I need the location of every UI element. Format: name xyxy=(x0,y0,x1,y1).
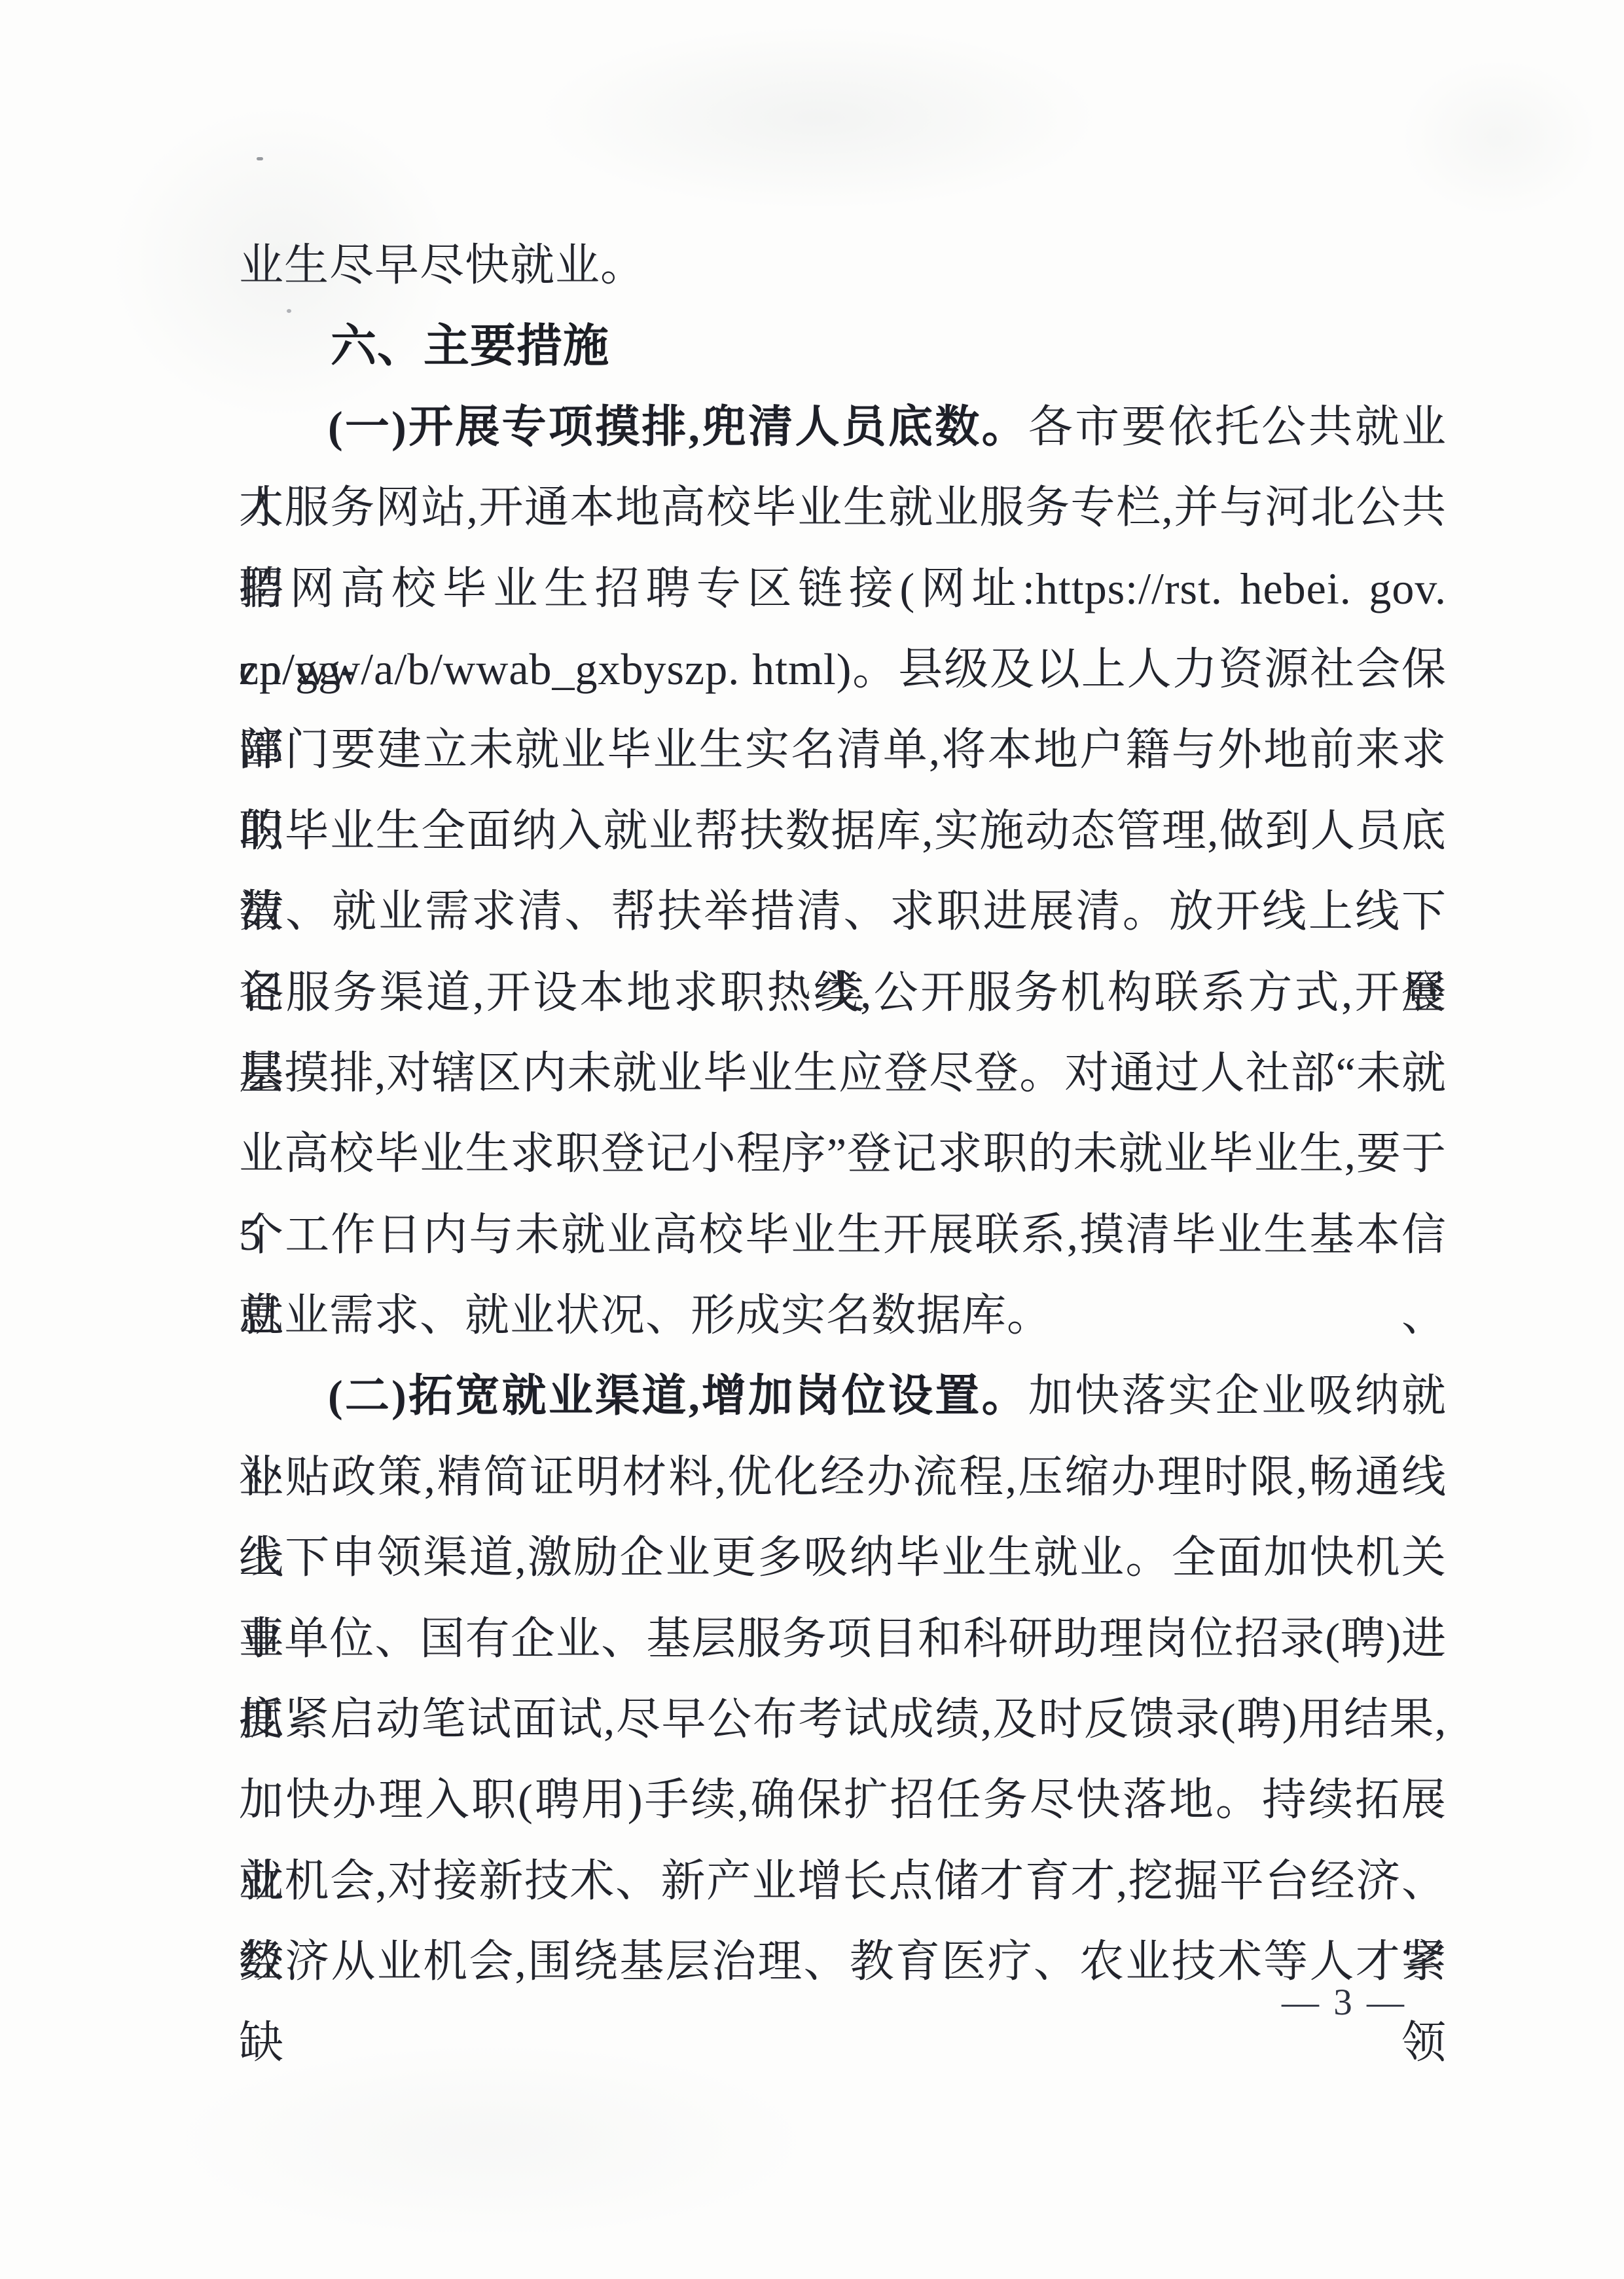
body-text: 层摸排,对辖区内未就业毕业生应登尽登。对通过人社部“未就 xyxy=(239,1048,1447,1098)
text-line: zp/ww/a/b/wwab_gxbyszp. html)。县级及以上人力资源社… xyxy=(239,629,1447,710)
text-line: 层摸排,对辖区内未就业毕业生应登尽登。对通过人社部“未就 xyxy=(239,1033,1447,1114)
text-line: 线下申领渠道,激励企业更多吸纳毕业生就业。全面加快机关事 xyxy=(239,1518,1447,1598)
page-number: — 3 — xyxy=(1282,1981,1407,2024)
text-line: 部门要建立未就业毕业生实名清单,将本地户籍与外地前来求职 xyxy=(239,710,1447,790)
text-line: 才服务网站,开通本地高校毕业生就业服务专栏,并与河北公共招 xyxy=(239,467,1447,548)
text-line: 业机会,对接新技术、新产业增长点储才育才,挖掘平台经济、数字 xyxy=(239,1841,1447,1922)
scanned-document-page: 业生尽早尽快就业。六、主要措施(一)开展专项摸排,兜清人员底数。各市要依托公共就… xyxy=(0,0,1624,2279)
text-line: 业高校毕业生求职登记小程序”登记求职的未就业毕业生,要于 5 xyxy=(239,1114,1447,1194)
text-line: 的毕业生全面纳入就业帮扶数据库,实施动态管理,做到人员底数 xyxy=(239,791,1447,871)
paragraph-lead-text: 六、主要措施 xyxy=(331,320,609,371)
text-line: 加快办理入职(聘用)手续,确保扩招任务尽快落地。持续拓展就 xyxy=(239,1760,1447,1840)
scan-speck xyxy=(257,157,263,160)
scan-smudge xyxy=(537,26,1100,210)
paragraph-lead-text: (一)开展专项摸排,兜清人员底数。 xyxy=(328,402,1028,452)
text-line: 清、就业需求清、帮扶举措清、求职进展清。放开线上线下各类登 xyxy=(239,871,1447,952)
body-text: 就业需求、就业状况、形成实名数据库。 xyxy=(239,1290,1052,1340)
text-line: 记服务渠道,开设本地求职热线,公开服务机构联系方式,开展基 xyxy=(239,953,1447,1033)
text-line: 业单位、国有企业、基层服务项目和科研助理岗位招录(聘)进度, xyxy=(239,1599,1447,1679)
text-line: 聘网高校毕业生招聘专区链接(网址:https://rst. hebei. gov… xyxy=(239,549,1447,629)
text-line: 补贴政策,精简证明材料,优化经办流程,压缩办理时限,畅通线上 xyxy=(239,1437,1447,1518)
body-text: 业生尽早尽快就业。 xyxy=(239,240,645,290)
scan-smudge xyxy=(1401,59,1597,216)
document-text-block: 业生尽早尽快就业。六、主要措施(一)开展专项摸排,兜清人员底数。各市要依托公共就… xyxy=(239,225,1447,2003)
body-text: 抓紧启动笔试面试,尽早公布考试成绩,及时反馈录(聘)用结果, xyxy=(239,1694,1447,1744)
section-heading: 六、主要措施 xyxy=(239,306,1447,386)
paragraph-lead-text: (二)拓宽就业渠道,增加岗位设置。 xyxy=(328,1371,1028,1421)
body-text: 经济从业机会,围绕基层治理、教育医疗、农业技术等人才紧缺领 xyxy=(239,1937,1447,2067)
text-line: (二)拓宽就业渠道,增加岗位设置。加快落实企业吸纳就业 xyxy=(239,1356,1447,1436)
text-line: 经济从业机会,围绕基层治理、教育医疗、农业技术等人才紧缺领 xyxy=(239,1922,1447,2002)
text-line: 抓紧启动笔试面试,尽早公布考试成绩,及时反馈录(聘)用结果, xyxy=(239,1679,1447,1760)
text-line: (一)开展专项摸排,兜清人员底数。各市要依托公共就业人 xyxy=(239,387,1447,467)
text-line: 个工作日内与未就业高校毕业生开展联系,摸清毕业生基本信息、 xyxy=(239,1195,1447,1275)
text-line: 业生尽早尽快就业。 xyxy=(239,225,1447,306)
